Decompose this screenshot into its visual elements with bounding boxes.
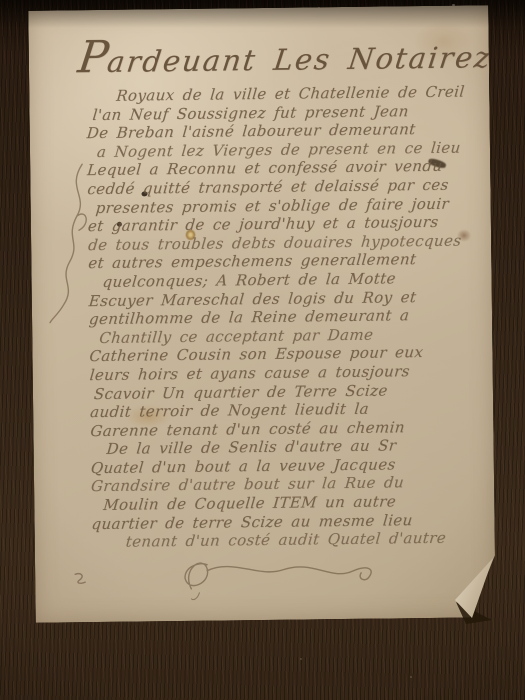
corner-scribble xyxy=(71,570,91,586)
manuscript-body: Royaux de la ville et Chatellenie de Cre… xyxy=(85,82,477,552)
signature-flourish xyxy=(163,546,394,605)
wood-speck xyxy=(300,658,302,660)
manuscript-line: tenant d'un costé audit Quatel d'autre xyxy=(125,529,479,552)
manuscript-title: Pardeuant Les Notairez xyxy=(75,27,496,83)
wood-speck xyxy=(410,676,412,678)
parchment-sheet: Pardeuant Les Notairez Royaux de la vill… xyxy=(28,5,495,623)
photo-of-manuscript: { "document": { "title": "Pardeuant Les … xyxy=(0,0,525,700)
